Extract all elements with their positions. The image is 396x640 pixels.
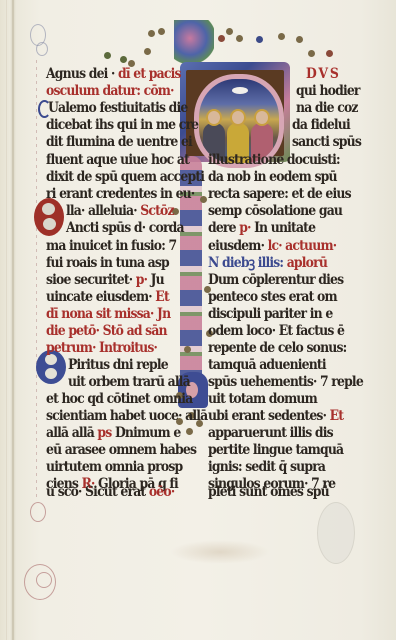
- text-line: tamquā aduenienti: [208, 357, 326, 373]
- text-line: dixit de spū quem accepti: [46, 169, 204, 185]
- library-stamp-oval: [317, 502, 355, 564]
- gold-bezant: [186, 428, 193, 435]
- text-line: fui roais in tuna asp: [46, 255, 169, 271]
- text-line: uit totam domum: [208, 391, 317, 407]
- holy-spirit-dove-icon: [232, 87, 248, 94]
- gold-bezant: [158, 28, 165, 35]
- text-line: ma inuicet in fusio: 7: [46, 238, 176, 254]
- text-line: dicebat ihs qui in me cre: [46, 117, 198, 133]
- text-line: repente de celo sonus:: [208, 340, 346, 356]
- text-line: sancti spūs: [292, 134, 361, 150]
- text-line: allā allā ps Dnimum e: [46, 425, 180, 441]
- page-gutter-line: [12, 0, 14, 640]
- text-line: Agnus dei · dī et pacis: [46, 66, 181, 82]
- text-line: odem loco· Et factus ē: [208, 323, 344, 339]
- manuscript-page: Agnus dei · dī et pacis osculum datur: c…: [0, 0, 396, 640]
- margin-penwork-line: [36, 60, 37, 500]
- text-line: fluent aque uiue hoc at: [46, 152, 189, 168]
- gold-bezant: [184, 346, 191, 353]
- text-line: penteco stes erat om: [208, 289, 337, 305]
- text-line: ignis: sedit q̄ supra: [208, 459, 325, 475]
- text-line: scientiam habet uoce· allā: [46, 408, 207, 424]
- text-line: ri erant credentes in eu·: [46, 186, 194, 202]
- gold-bezant: [120, 56, 127, 63]
- gold-bezant: [236, 35, 243, 42]
- margin-flourish-top-small: [36, 42, 48, 56]
- text-line: Ancti spūs d· corda: [66, 220, 184, 236]
- text-line: recta sapere: et de eius: [208, 186, 351, 202]
- text-line: pleti sunt omes spū: [208, 484, 329, 500]
- text-line: illustratione docuisti:: [208, 152, 340, 168]
- text-line: apparuerunt illis dis: [208, 425, 333, 441]
- gold-bezant: [296, 36, 303, 43]
- text-line: ubi erant sedentes· Et: [208, 408, 343, 424]
- blue-bezant: [256, 36, 263, 43]
- text-line: Ualemo festiuitatis die: [48, 100, 188, 116]
- page-gutter-shadow: [6, 0, 7, 640]
- text-line: Dum cōplerentur dies: [208, 272, 343, 288]
- text-line: semp cōsolatione gau: [208, 203, 342, 219]
- text-line: petrum· Introitus·: [46, 340, 157, 356]
- text-line: dit flumina de uentre ei: [46, 134, 192, 150]
- text-line: Piritus dni reple: [68, 357, 168, 373]
- gold-bezant: [326, 50, 333, 57]
- text-line: uincate eiusdem· Et: [46, 289, 169, 305]
- gold-bezant: [104, 52, 111, 59]
- offset-ink-stain: [170, 540, 270, 564]
- text-line: spūs uehementis· 7 reple: [208, 374, 363, 390]
- initial-a-red: [34, 198, 64, 236]
- text-line: N diebꝫ illis: aplorū: [208, 255, 327, 271]
- text-line: et hoc qd cōtinet omnia: [46, 391, 192, 407]
- gold-bezant: [200, 196, 207, 203]
- text-line: uit orbem trarū allā: [68, 374, 190, 390]
- text-line: da nob in eodem spū: [208, 169, 337, 185]
- text-line: pertite lingue tamquā: [208, 442, 343, 458]
- text-line: sioe securitet· p· Ju: [46, 272, 164, 288]
- text-line: die petō· Stō ad sān: [46, 323, 167, 339]
- text-line: da fidelui: [292, 117, 350, 133]
- text-line: eiusdem· lc· actuum·: [208, 238, 336, 254]
- text-line: eū arasee omnem habes: [46, 442, 196, 458]
- gold-bezant: [308, 50, 315, 57]
- acanthus-flourish-top: [174, 20, 214, 66]
- margin-flourish-bottom-1: [30, 502, 46, 522]
- text-line: dī nona sit missa· Jn: [46, 306, 170, 322]
- text-line: dere p· In unitate: [208, 220, 315, 236]
- text-line: osculum datur: cōm·: [46, 83, 174, 99]
- text-line-last: u sco· Sicut erat oēo·: [46, 484, 174, 500]
- margin-flourish-bottom-3: [36, 572, 52, 588]
- text-line: discipuli pariter in e: [208, 306, 332, 322]
- text-line: na die coz: [296, 100, 358, 116]
- text-line: lla· alleluia· Sctōz: [66, 203, 174, 219]
- rubric-flourish-dvs: DVS: [306, 66, 341, 82]
- gold-bezant: [278, 33, 285, 40]
- gold-bezant: [148, 30, 155, 37]
- text-line: qui hodier: [296, 83, 360, 99]
- gold-bezant: [144, 48, 151, 55]
- gold-bezant: [218, 35, 225, 42]
- gold-bezant: [226, 28, 233, 35]
- text-line: uirtutem omnia prosp: [46, 459, 182, 475]
